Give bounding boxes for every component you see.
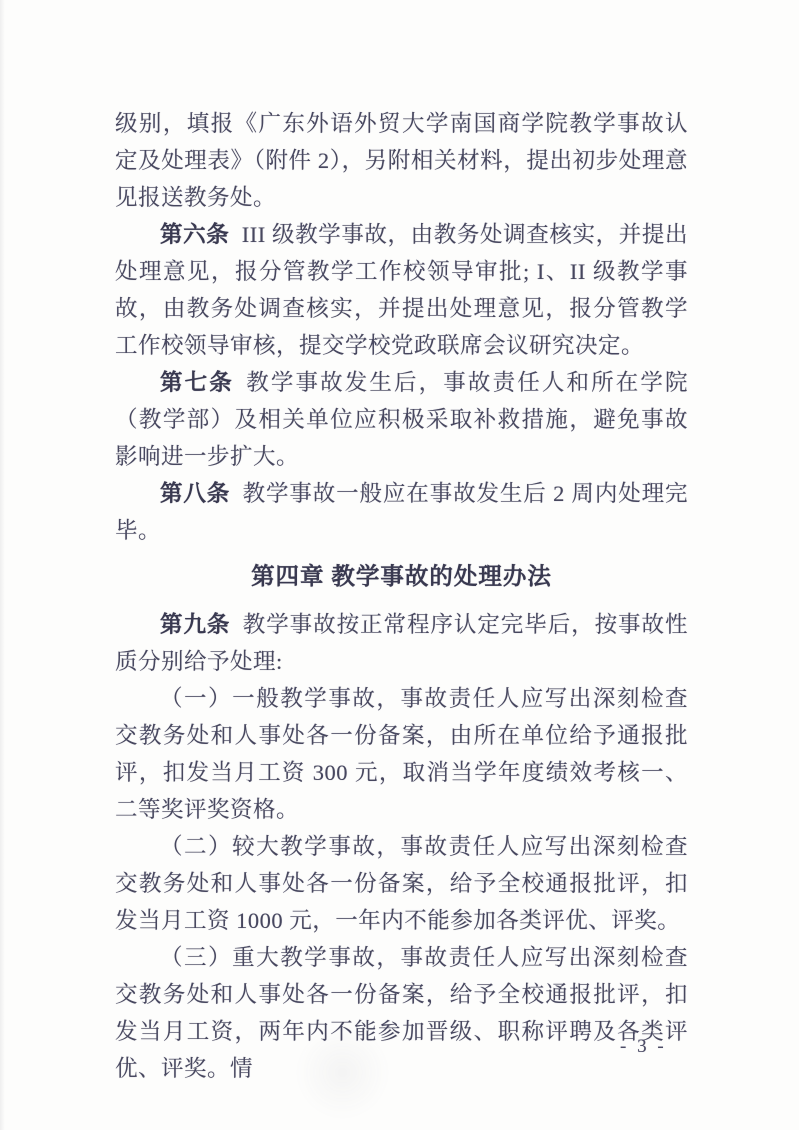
paragraph-item-1: （一）一般教学事故，事故责任人应写出深刻检查交教务处和人事处各一份备案，由所在单…: [115, 680, 688, 828]
scanned-document-page: 级别，填报《广东外语外贸大学南国商学院教学事故认定及处理表》（附件 2），另附相…: [0, 0, 799, 1130]
document-body: 级别，填报《广东外语外贸大学南国商学院教学事故认定及处理表》（附件 2），另附相…: [115, 0, 688, 1087]
chapter-4-heading: 第四章 教学事故的处理办法: [115, 559, 688, 596]
paragraph-item-3: （三）重大教学事故，事故责任人应写出深刻检查交教务处和人事处各一份备案，给予全校…: [115, 939, 688, 1087]
article-6-number: 第六条: [160, 222, 229, 247]
article-9-number: 第九条: [160, 612, 230, 637]
paragraph-item-2: （二）较大教学事故，事故责任人应写出深刻检查交教务处和人事处各一份备案，给予全校…: [115, 828, 688, 939]
page-number: - 3 -: [620, 1036, 667, 1058]
article-7-number: 第七条: [160, 370, 234, 395]
paragraph-article-9: 第九条教学事故按正常程序认定完毕后，按事故性质分别给予处理:: [115, 606, 688, 680]
paragraph-article-7: 第七条教学事故发生后，事故责任人和所在学院（教学部）及相关单位应积极采取补救措施…: [115, 364, 688, 475]
article-8-number: 第八条: [160, 481, 230, 506]
paragraph-article-8: 第八条教学事故一般应在事故发生后 2 周内处理完毕。: [115, 475, 688, 549]
paragraph-continuation: 级别，填报《广东外语外贸大学南国商学院教学事故认定及处理表》（附件 2），另附相…: [115, 105, 688, 216]
scan-edge-shading: [0, 0, 5, 1130]
paragraph-article-6: 第六条III 级教学事故，由教务处调查核实，并提出处理意见，报分管教学工作校领导…: [115, 216, 688, 364]
